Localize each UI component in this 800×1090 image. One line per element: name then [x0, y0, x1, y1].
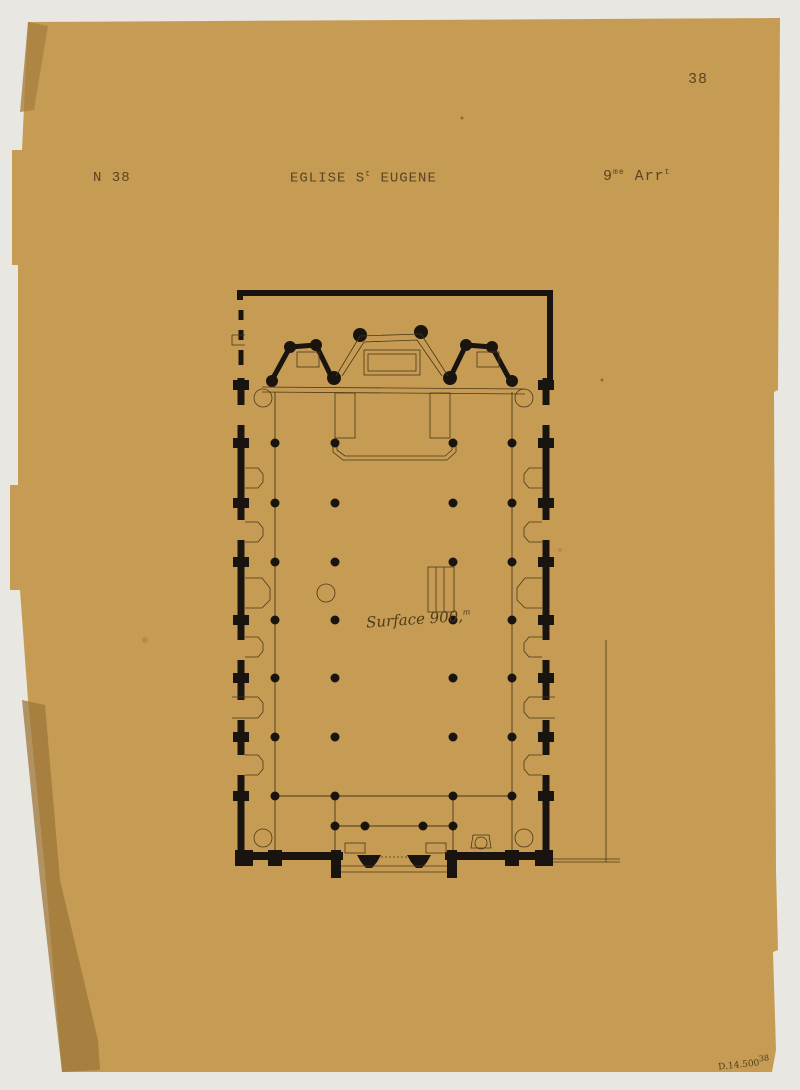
arrondissement-label-sup: t — [665, 168, 671, 177]
sheet-number: N 38 — [93, 170, 131, 186]
document-title: EGLISE St EUGENE — [290, 170, 437, 187]
paper-and-plan-svg — [0, 0, 800, 1090]
surface-unit: m — [462, 607, 470, 617]
title-sup: t — [365, 170, 371, 179]
corner-number: 38 — [688, 71, 708, 88]
title-part-1: EGLISE S — [290, 171, 365, 187]
drawing-sheet: N 38 EGLISE St EUGENE 9me Arrt 38 Surfac… — [0, 0, 800, 1090]
arrondissement: 9me Arrt — [603, 168, 670, 185]
title-part-2: EUGENE — [380, 171, 436, 187]
arrondissement-number: 9 — [603, 168, 613, 185]
inventory-sup: 38 — [758, 1053, 769, 1063]
arrondissement-label: Arr — [635, 168, 665, 185]
arrondissement-number-sup: me — [613, 168, 625, 177]
